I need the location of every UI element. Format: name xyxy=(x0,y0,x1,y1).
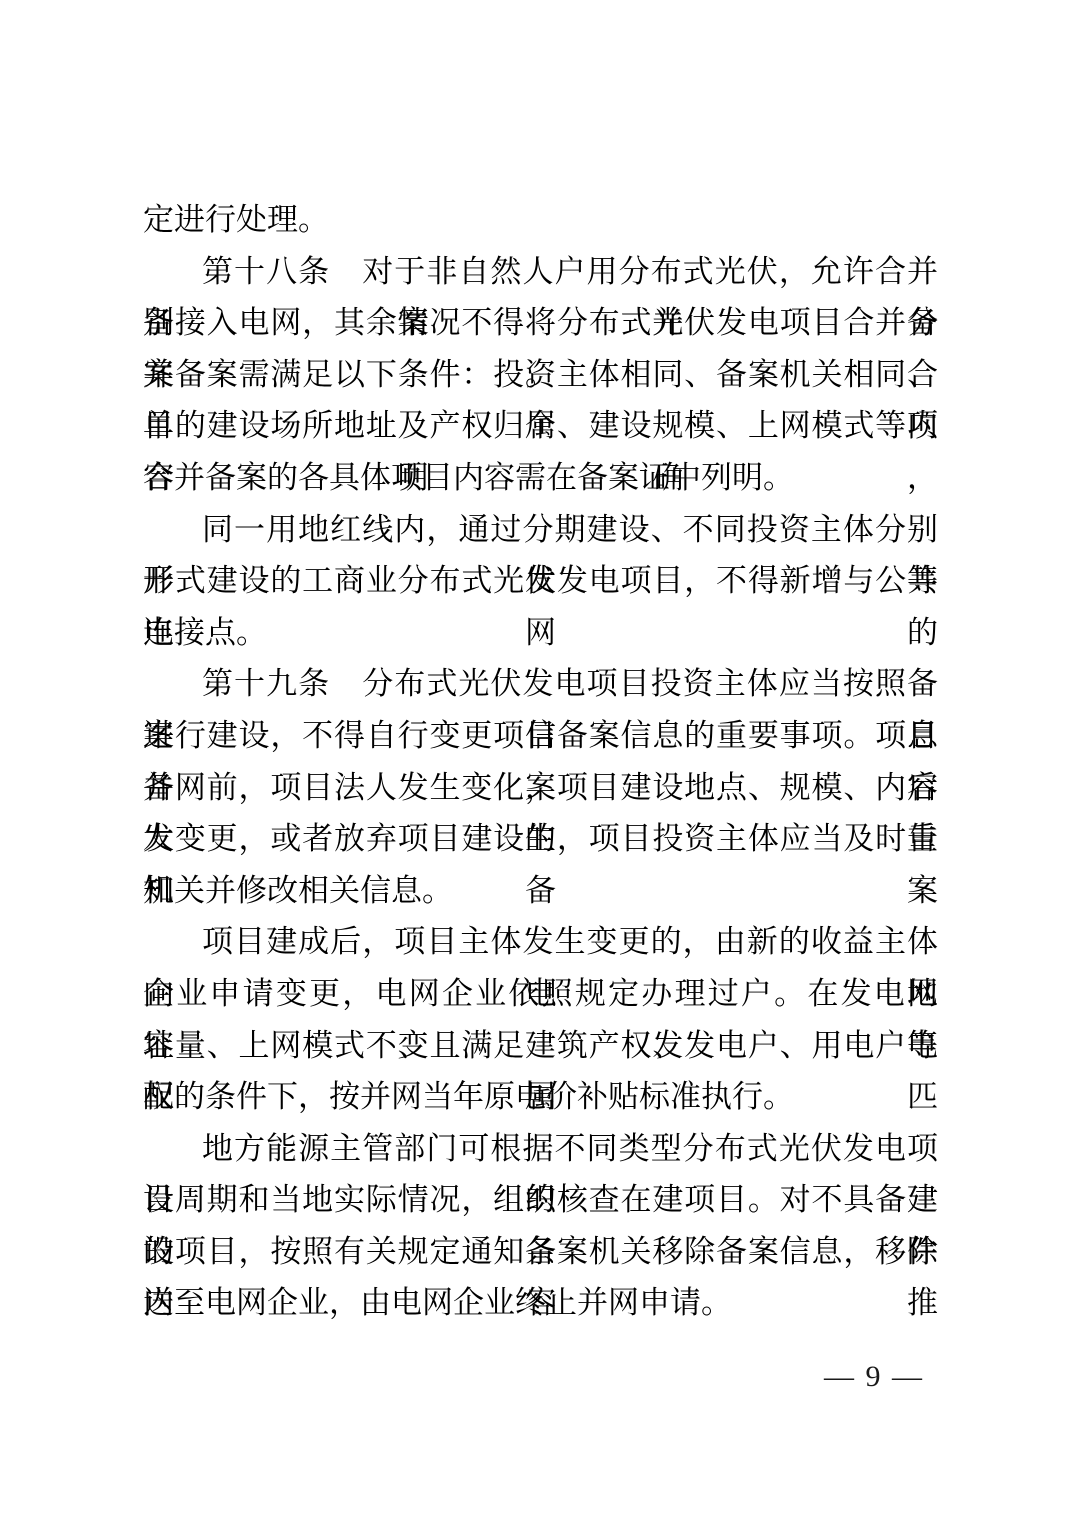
text-line: 的项目，按照有关规定通知备案机关移除备案信息，移除内容推 xyxy=(143,1226,938,1278)
text-line: 进行建设，不得自行变更项目备案信息的重要事项。项目备案后 xyxy=(143,710,938,762)
document-lines: 定进行处理。第十八条 对于非自然人户用分布式光伏，允许合并备案并分别接入电网，其… xyxy=(143,194,938,1329)
document-page: 定进行处理。第十八条 对于非自然人户用分布式光伏，允许合并备案并分别接入电网，其… xyxy=(0,0,1080,1527)
text-line: 并备案需满足以下条件：投资主体相同、备案机关相同、单个项 xyxy=(143,349,938,401)
text-line: 地方能源主管部门可根据不同类型分布式光伏发电项目的建 xyxy=(143,1123,938,1175)
text-line: 大变更，或者放弃项目建设的，项目投资主体应当及时告知备案 xyxy=(143,813,938,865)
text-line: 并网前，项目法人发生变化，项目建设地点、规模、内容发生重 xyxy=(143,762,938,814)
text-line: 项目建成后，项目主体发生变更的，由新的收益主体向电网 xyxy=(143,916,938,968)
text-line: 定进行处理。 xyxy=(143,194,938,246)
text-line: 别接入电网，其余情况不得将分布式光伏发电项目合并备案。合 xyxy=(143,297,938,349)
text-line: 容量、上网模式不变且满足建筑产权、发电户、用电户等权属匹 xyxy=(143,1020,938,1072)
text-line: 企业申请变更，电网企业依照规定办理过户。在发电地址、发电 xyxy=(143,968,938,1020)
text-line: 目的建设场所地址及产权归属、建设规模、上网模式等内容明确， xyxy=(143,400,938,452)
text-line: 设周期和当地实际情况，组织核查在建项目。对不具备建设条件 xyxy=(143,1174,938,1226)
text-line: 形式建设的工商业分布式光伏发电项目，不得新增与公共电网的 xyxy=(143,555,938,607)
page-number: — 9 — xyxy=(824,1358,924,1396)
text-line: 第十八条 对于非自然人户用分布式光伏，允许合并备案并分 xyxy=(143,246,938,298)
text-line: 第十九条 分布式光伏发电项目投资主体应当按照备案信息 xyxy=(143,658,938,710)
text-line: 同一用地红线内，通过分期建设、不同投资主体分别开发等 xyxy=(143,504,938,556)
